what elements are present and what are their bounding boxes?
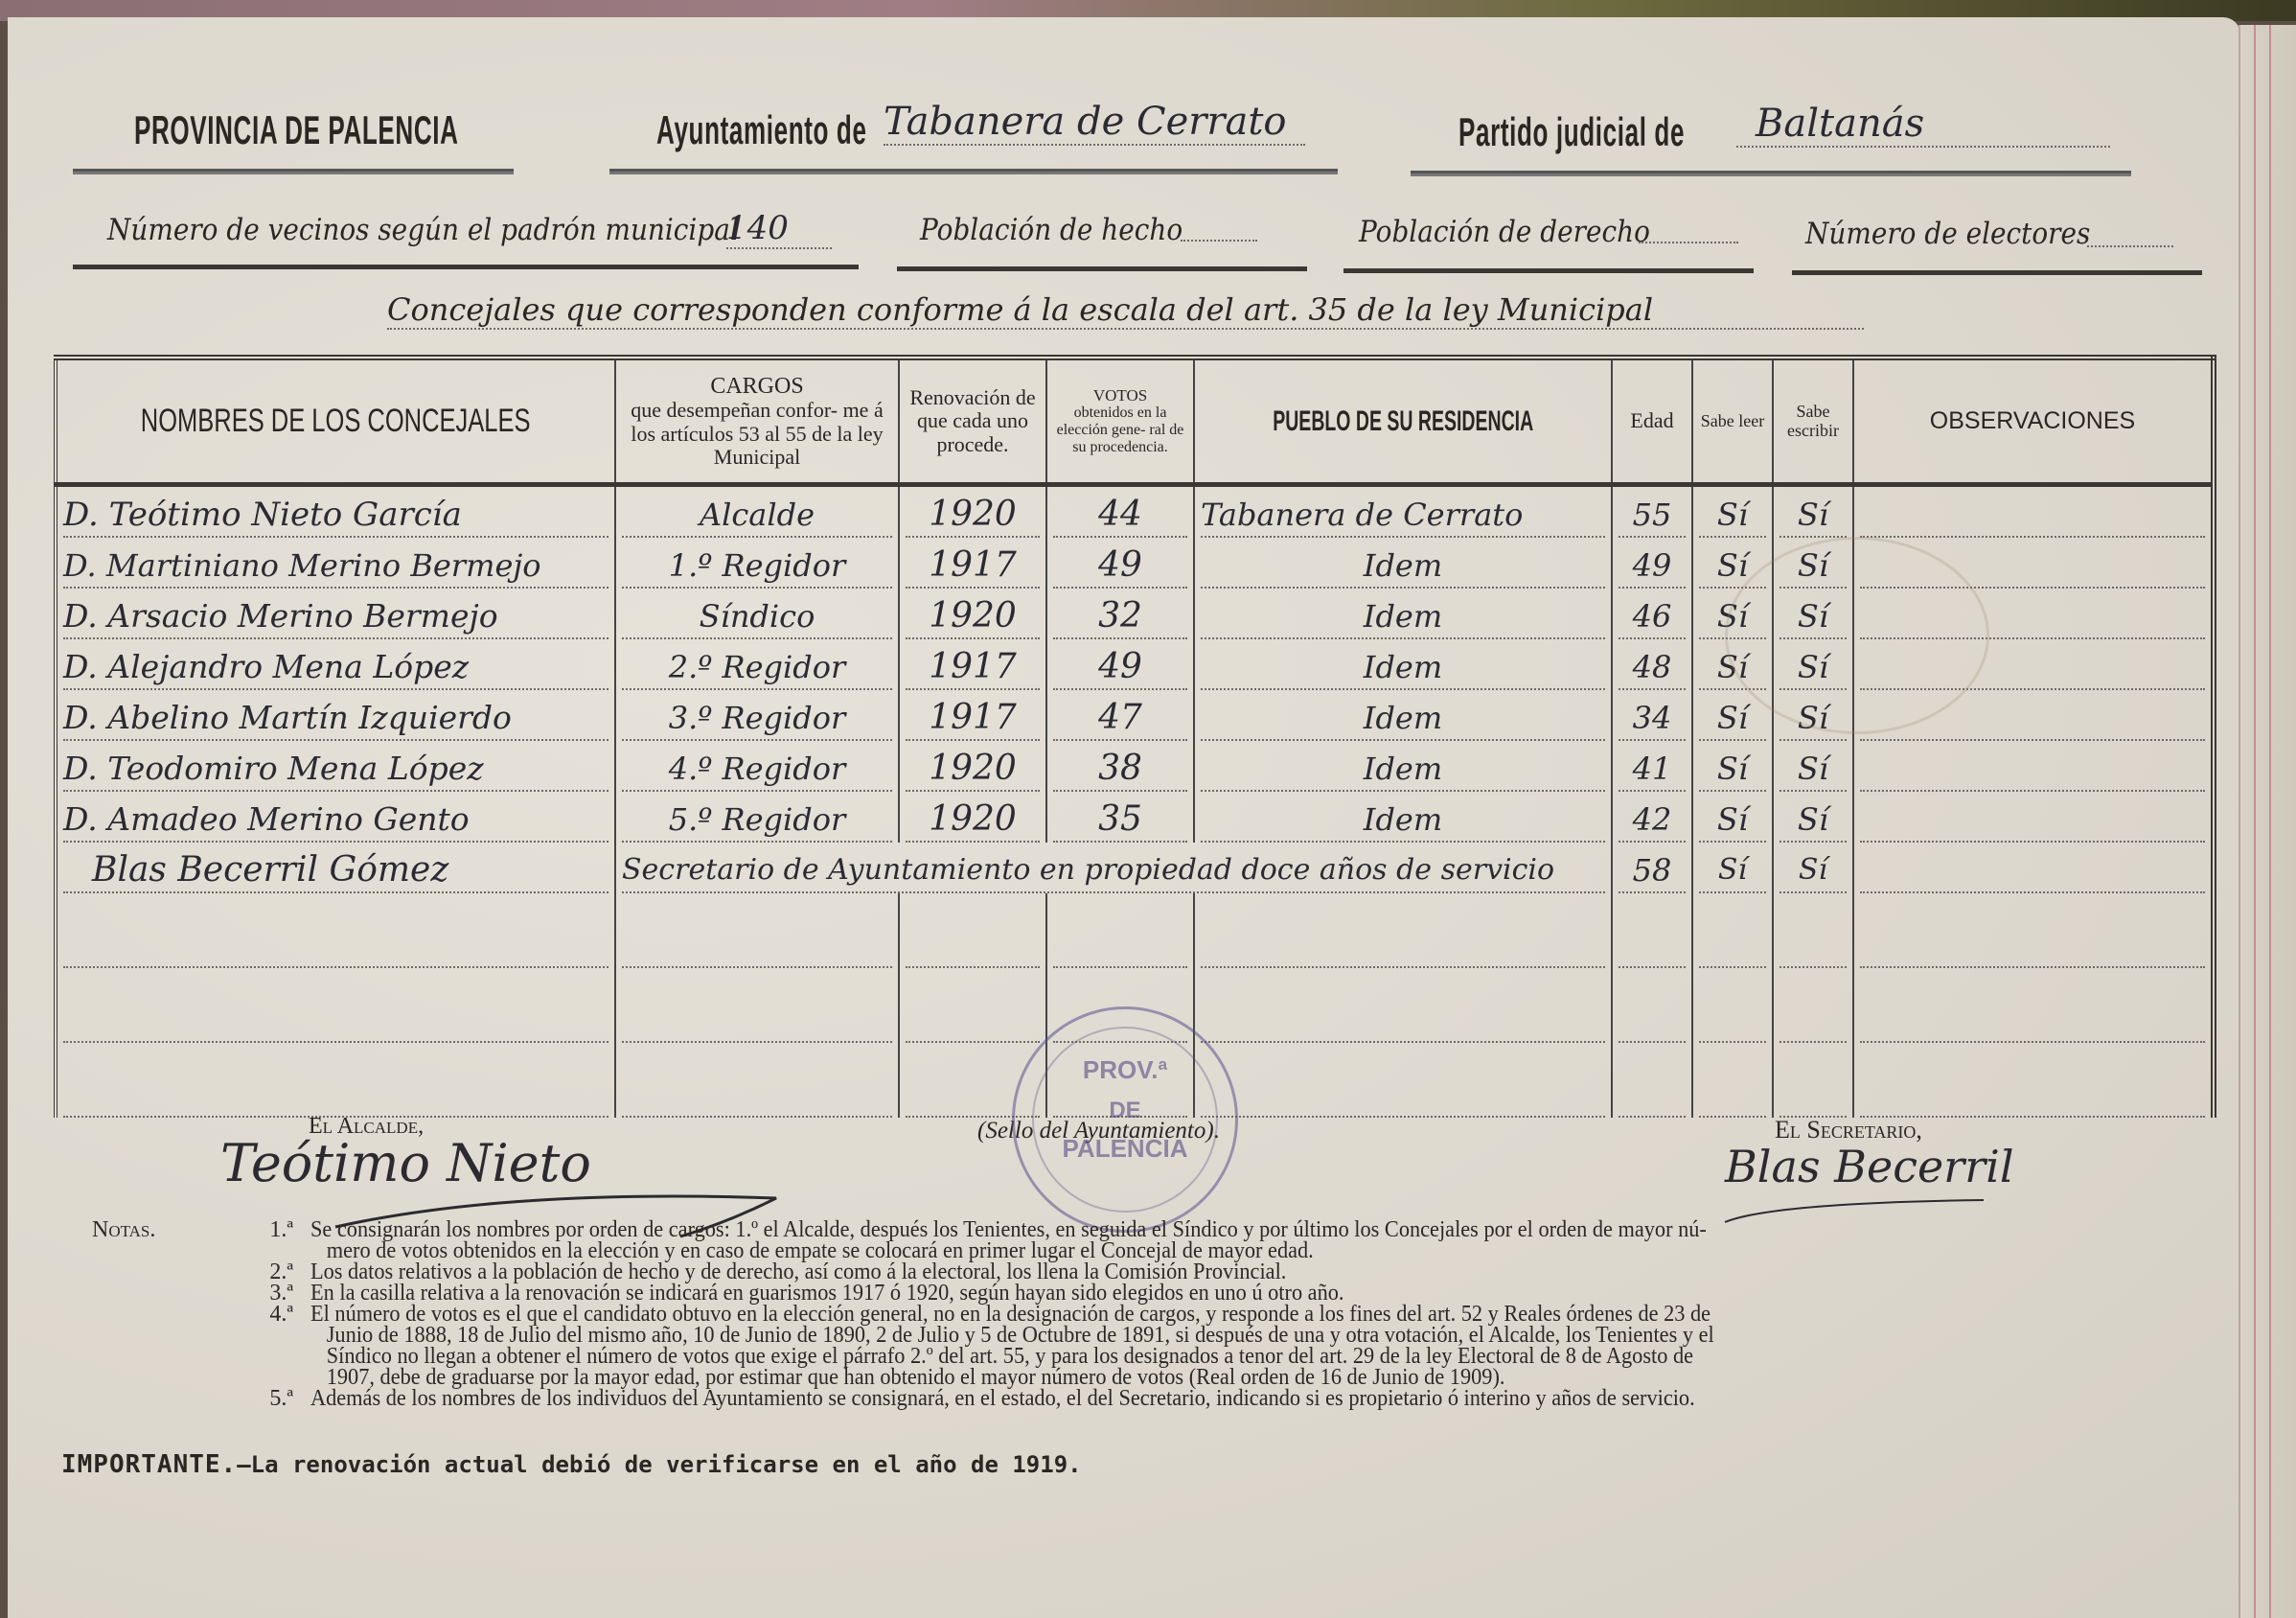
- nombre-cell: D. Abelino Martín Izquierdo: [63, 691, 608, 741]
- renovacion-cell: 1920: [906, 742, 1040, 792]
- ayuntamiento-label: Ayuntamiento de: [656, 107, 867, 153]
- escribir-cell: Sí: [1779, 844, 1847, 893]
- obs-cell: [1860, 793, 2205, 843]
- electores-label: Número de electores: [1805, 217, 2090, 251]
- leer-cell: Sí: [1699, 793, 1766, 843]
- note-item: 3.ª En la casilla relativa a la renovaci…: [92, 1283, 2200, 1304]
- note-item: 5.ª Además de los nombres de los individ…: [92, 1388, 2200, 1409]
- pueblo-cell: Idem: [1201, 793, 1605, 843]
- divider: [897, 266, 1307, 271]
- poblacion-hecho-value: [1181, 240, 1257, 242]
- cargo-cell: Alcalde: [622, 488, 892, 538]
- votos-cell: 38: [1053, 742, 1187, 792]
- col-votos: VOTOSobtenidos en la elección gene- ral …: [1046, 358, 1194, 485]
- cargo-cell: 1.º Regidor: [622, 539, 892, 589]
- faint-bleedthrough-stamp: [1725, 537, 1989, 734]
- poblacion-derecho-label: Población de derecho: [1359, 215, 1650, 249]
- votos-cell: 49: [1053, 539, 1187, 589]
- table-header-row: NOMBRES DE LOS CONCEJALES CARGOSque dese…: [56, 358, 2214, 485]
- cargo-cell: 4.º Regidor: [622, 742, 892, 792]
- divider: [1411, 171, 2131, 176]
- col-edad: Edad: [1612, 358, 1692, 485]
- note-item: Notas. 1.ª Se consignarán los nombres po…: [92, 1219, 2200, 1261]
- nombre-cell: D. Martiniano Merino Bermejo: [63, 539, 608, 589]
- vecinos-value: 140: [726, 209, 832, 249]
- divider: [73, 265, 859, 269]
- edad-cell: 48: [1619, 640, 1686, 690]
- pueblo-cell: Idem: [1201, 539, 1605, 589]
- page-stack-edge: [2239, 25, 2296, 1618]
- secretary-name-cell: Blas Becerril Gómez: [63, 844, 608, 893]
- pueblo-cell: Idem: [1201, 640, 1605, 690]
- renovacion-cell: 1917: [906, 691, 1040, 741]
- important-text: —La renovación actual debió de verificar…: [237, 1451, 1081, 1478]
- col-cargos: CARGOSque desempeñan confor- me á los ar…: [615, 358, 899, 485]
- leer-cell: Sí: [1699, 742, 1766, 792]
- secretary-row: Blas Becerril Gómez Secretario de Ayunta…: [56, 843, 2214, 893]
- obs-cell: [1860, 844, 2205, 893]
- table-subtitle: Concejales que corresponden conforme á l…: [387, 291, 1864, 330]
- escribir-cell: Sí: [1779, 742, 1847, 792]
- divider: [73, 169, 514, 174]
- renovacion-cell: 1920: [906, 793, 1040, 843]
- divider: [1792, 270, 2202, 275]
- leer-cell: Sí: [1699, 488, 1766, 538]
- leer-cell: Sí: [1699, 844, 1766, 893]
- escribir-cell: Sí: [1779, 488, 1847, 538]
- col-pueblo: PUEBLO DE SU RESIDENCIA: [1194, 358, 1612, 485]
- ayuntamiento-value: Tabanera de Cerrato: [884, 100, 1305, 146]
- nombre-cell: D. Alejandro Mena López: [63, 640, 608, 690]
- pueblo-cell: Idem: [1201, 742, 1605, 792]
- votos-cell: 49: [1053, 640, 1187, 690]
- province-title: PROVINCIA DE PALENCIA: [134, 107, 459, 153]
- poblacion-hecho-label: Población de hecho: [920, 213, 1182, 247]
- important-label: IMPORTANTE.: [61, 1450, 237, 1479]
- votos-cell: 44: [1053, 488, 1187, 538]
- renovacion-cell: 1917: [906, 539, 1040, 589]
- obs-cell: [1860, 488, 2205, 538]
- renovacion-cell: 1917: [906, 640, 1040, 690]
- divider: [609, 169, 1338, 174]
- divider: [1343, 268, 1754, 273]
- table-row: D. Amadeo Merino Gento 5.º Regidor 1920 …: [56, 792, 2214, 843]
- votos-cell: 35: [1053, 793, 1187, 843]
- partido-label: Partido judicial de: [1458, 109, 1685, 155]
- notes-section: Notas. 1.ª Se consignarán los nombres po…: [92, 1219, 2200, 1409]
- edad-cell: 46: [1619, 589, 1686, 639]
- vecinos-label: Número de vecinos según el padrón munici…: [107, 213, 739, 247]
- col-leer: Sabe leer: [1692, 358, 1773, 485]
- secretary-detail-cell: Secretario de Ayuntamiento en propiedad …: [622, 844, 1605, 893]
- nombre-cell: D. Teodomiro Mena López: [63, 742, 608, 792]
- table-row: D. Teodomiro Mena López 4.º Regidor 1920…: [56, 741, 2214, 792]
- cargo-cell: 2.º Regidor: [622, 640, 892, 690]
- note-item: 2.ª Los datos relativos a la población d…: [92, 1261, 2200, 1283]
- votos-cell: 32: [1053, 589, 1187, 639]
- col-observaciones: OBSERVACIONES: [1853, 358, 2214, 485]
- ayuntamiento-seal: PROV.ª DE PALENCIA: [1012, 1006, 1238, 1233]
- edad-cell: 42: [1619, 793, 1686, 843]
- cargo-cell: 3.º Regidor: [622, 691, 892, 741]
- secretario-signature: Blas Becerril: [1725, 1141, 2014, 1192]
- renovacion-cell: 1920: [906, 589, 1040, 639]
- note-item: 4.ª El número de votos es el que el cand…: [92, 1304, 2200, 1388]
- pueblo-cell: Tabanera de Cerrato: [1201, 488, 1605, 538]
- edad-cell: 58: [1619, 844, 1686, 893]
- poblacion-derecho-value: [1639, 242, 1738, 243]
- edad-cell: 49: [1619, 539, 1686, 589]
- table-row: D. Teótimo Nieto García Alcalde 1920 44 …: [56, 485, 2214, 539]
- electores-value: [2087, 245, 2173, 247]
- obs-cell: [1860, 742, 2205, 792]
- col-nombres: NOMBRES DE LOS CONCEJALES: [56, 358, 615, 485]
- col-renovacion: Renovación de que cada uno procede.: [899, 358, 1046, 485]
- partido-value: Baltanás: [1736, 102, 2110, 148]
- votos-cell: 47: [1053, 691, 1187, 741]
- escribir-cell: Sí: [1779, 793, 1847, 843]
- cargo-cell: Síndico: [622, 589, 892, 639]
- renovacion-cell: 1920: [906, 488, 1040, 538]
- pueblo-cell: Idem: [1201, 589, 1605, 639]
- nombre-cell: D. Amadeo Merino Gento: [63, 793, 608, 843]
- nombre-cell: D. Teótimo Nieto García: [63, 488, 608, 538]
- nombre-cell: D. Arsacio Merino Bermejo: [63, 589, 608, 639]
- cargo-cell: 5.º Regidor: [622, 793, 892, 843]
- edad-cell: 34: [1619, 691, 1686, 741]
- concejales-table: NOMBRES DE LOS CONCEJALES CARGOSque dese…: [54, 355, 2216, 1118]
- col-escribir: Sabe escribir: [1773, 358, 1853, 485]
- pueblo-cell: Idem: [1201, 691, 1605, 741]
- important-notice: IMPORTANTE.—La renovación actual debió d…: [61, 1450, 1082, 1479]
- empty-row: [56, 893, 2214, 968]
- edad-cell: 41: [1619, 742, 1686, 792]
- edad-cell: 55: [1619, 488, 1686, 538]
